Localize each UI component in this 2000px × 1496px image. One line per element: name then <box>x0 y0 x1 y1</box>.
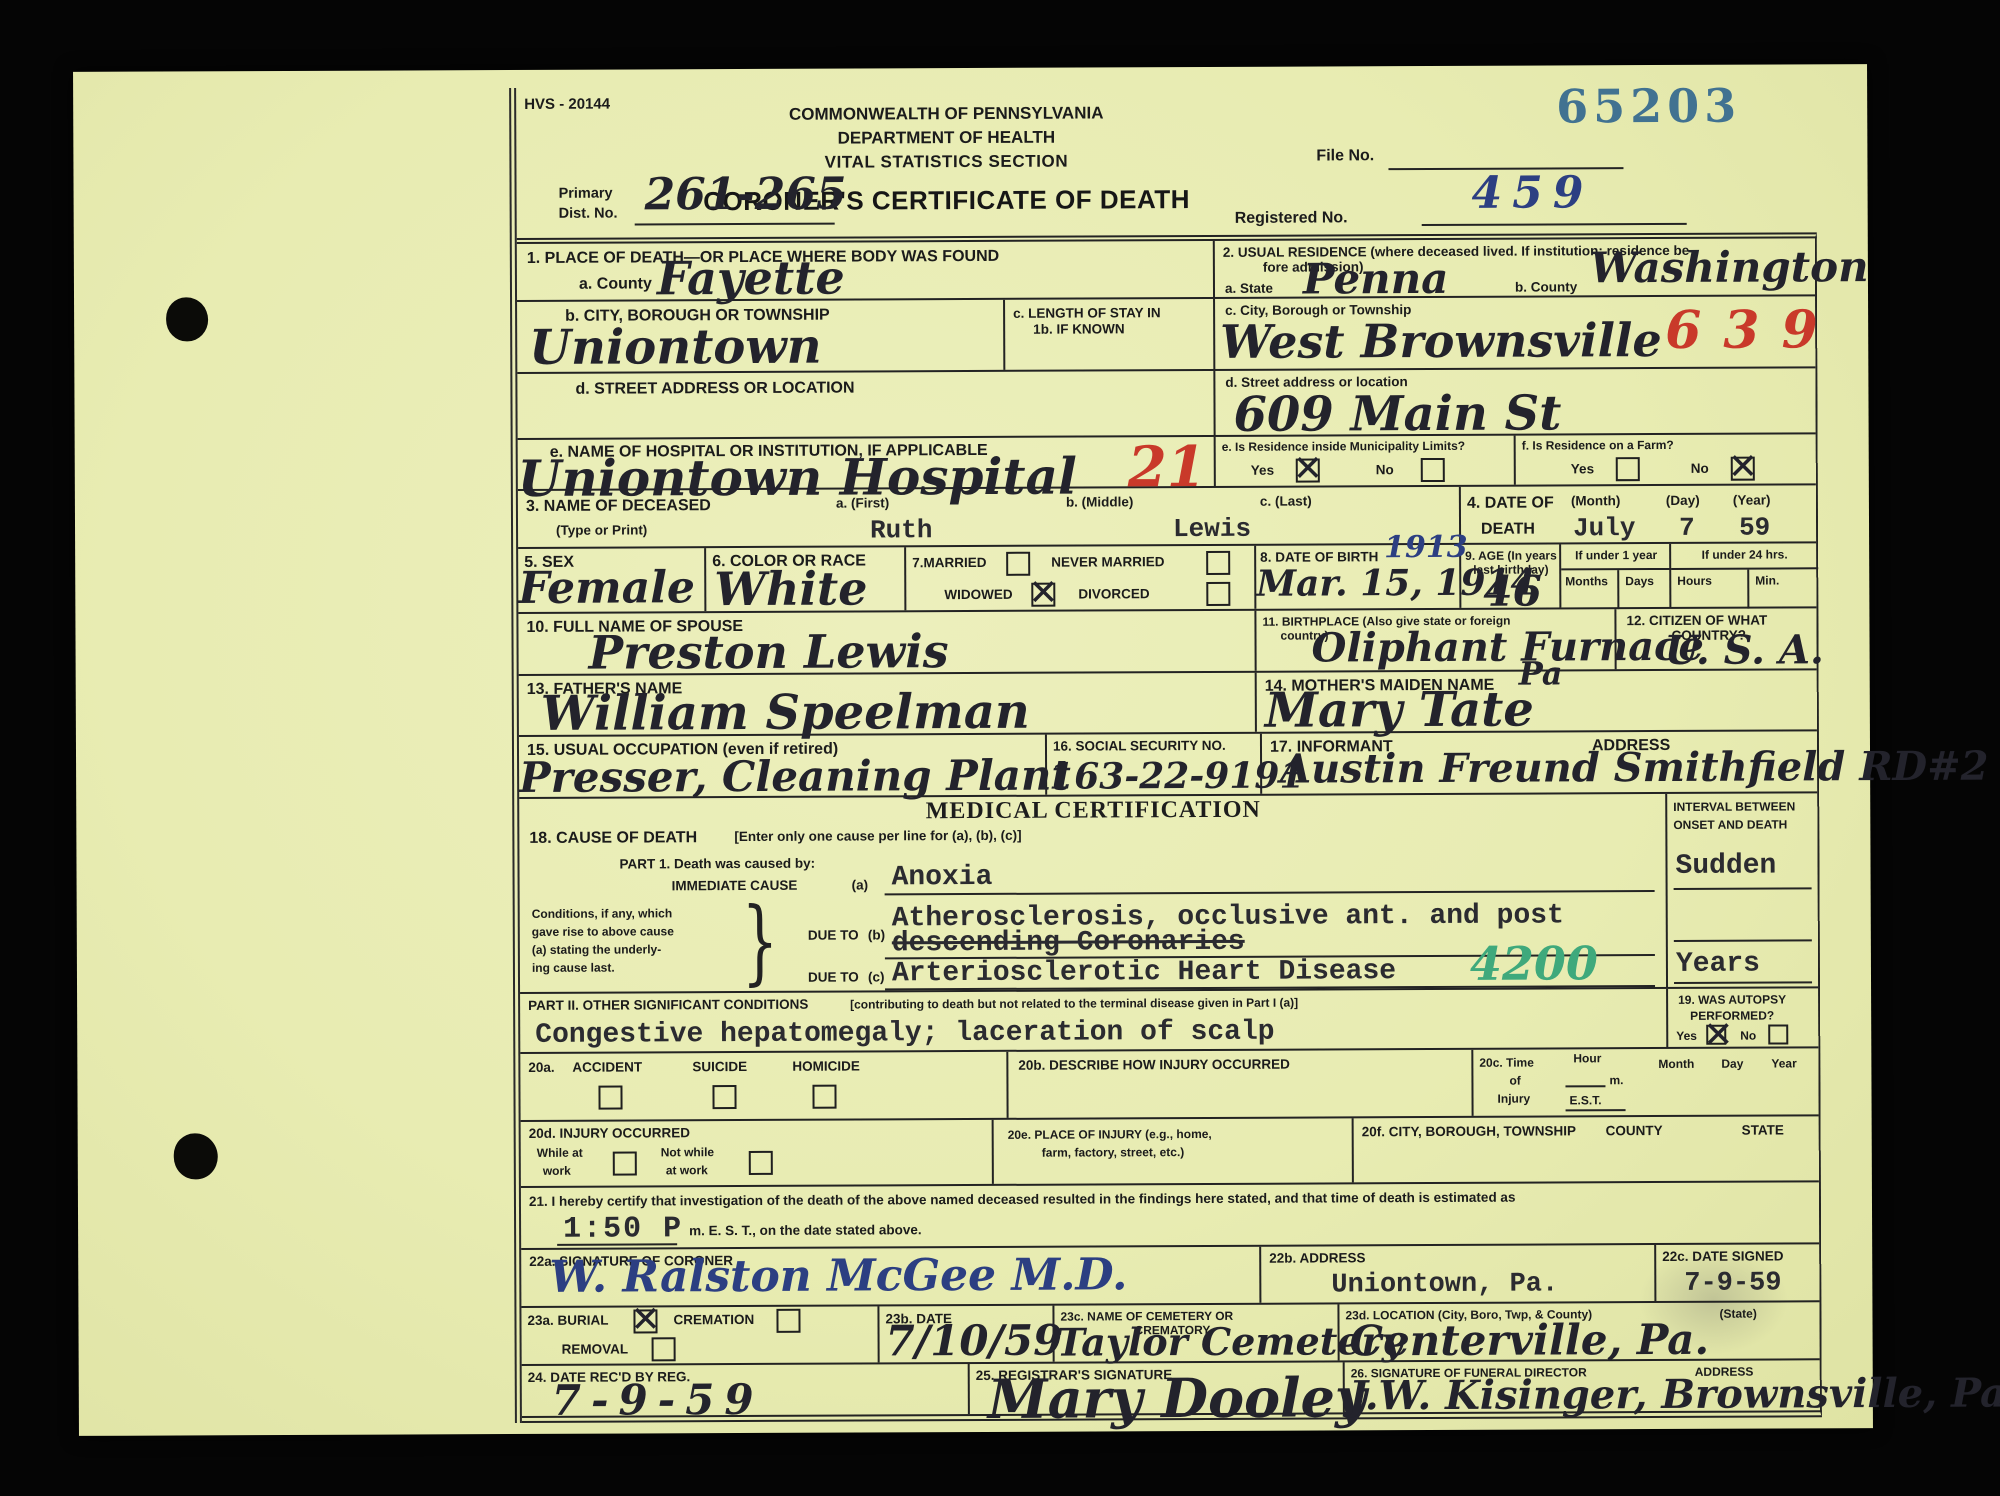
cell-usual-residence: 2. USUAL RESIDENCE (where deceased lived… <box>1215 238 1817 297</box>
cell-death-city: b. CITY, BOROUGH OR TOWNSHIP Uniontown <box>517 300 1005 372</box>
form-table: 1. PLACE OF DEATH—OR PLACE WHERE BODY WA… <box>517 232 1822 1423</box>
cell-time-of-injury: 20c. Time of Injury Hour m. E.S.T. Month… <box>1473 1048 1820 1116</box>
cell-under-1-year: If under 1 year Months Days <box>1561 544 1671 607</box>
date-received-value: 7-9-59 <box>552 1379 764 1422</box>
registered-no-label: Registered No. <box>1235 208 1348 228</box>
describe-injury-label: 20b. DESCRIBE HOW INJURY OCCURRED <box>1018 1057 1290 1074</box>
hours-label: Hours <box>1671 570 1749 609</box>
under-24-label: If under 24 hrs. <box>1671 547 1818 562</box>
cause-a-letter: (a) <box>852 877 869 893</box>
death-month-label: (Month) <box>1571 493 1621 509</box>
s20a-number: 20a. <box>528 1060 554 1076</box>
cell-injury-occurred: 20d. INJURY OCCURRED While at work Not w… <box>521 1120 994 1186</box>
row-street: d. STREET ADDRESS OR LOCATION d. Street … <box>517 368 1815 440</box>
interval-c-value: Years <box>1676 950 1760 981</box>
married-label: 7.MARRIED <box>912 555 986 572</box>
cause-b-value-line2: descending Coronaries <box>892 928 1245 960</box>
interval-b-line <box>1674 939 1812 942</box>
row-hospital: e. NAME OF HOSPITAL OR INSTITUTION, IF A… <box>518 434 1816 491</box>
while-at-label: While at <box>537 1146 583 1161</box>
county-value: Fayette <box>657 255 845 302</box>
cell-other-conditions: PART II. OTHER SIGNIFICANT CONDITIONS [c… <box>520 989 1668 1052</box>
burial-date-value: 7/10/59 <box>885 1320 1062 1363</box>
birth-date-correction: 1913 <box>1384 533 1468 563</box>
interval-c-line <box>1674 981 1812 984</box>
cell-describe-injury: 20b. DESCRIBE HOW INJURY OCCURRED <box>1008 1050 1473 1118</box>
occupation-value: Presser, Cleaning Plant <box>519 755 1071 799</box>
father-value: William Speelman <box>541 688 1030 738</box>
autopsy-yes-checkbox <box>1706 1025 1726 1045</box>
agency-line2: DEPARTMENT OF HEALTH <box>666 125 1226 151</box>
accident-label: ACCIDENT <box>572 1059 642 1075</box>
scan-background: HVS - 20144 COMMONWEALTH OF PENNSYLVANIA… <box>0 0 2000 1496</box>
conditions-brace: } <box>742 896 779 988</box>
row-parents: 13. FATHER'S NAME William Speelman 14. M… <box>519 670 1817 737</box>
cause-of-death-label: 18. CAUSE OF DEATH <box>529 828 697 848</box>
residence-county-value: Washington <box>1590 246 1869 289</box>
row-occupation: 15. USUAL OCCUPATION (even if retired) P… <box>519 731 1817 799</box>
cell-cause-of-death: MEDICAL CERTIFICATION 18. CAUSE OF DEATH… <box>519 794 1668 992</box>
conditions-note-4: ing cause last. <box>532 961 615 976</box>
month-label: Month <box>1658 1057 1694 1072</box>
due-to-c-label: DUE TO <box>808 970 859 986</box>
cell-under-24-hrs: If under 24 hrs. Hours Min. <box>1671 543 1818 607</box>
certificate-stamp-number: 65203 <box>1556 83 1741 130</box>
farm-no-label: No <box>1691 461 1709 477</box>
immediate-cause-label: IMMEDIATE CAUSE <box>672 878 798 895</box>
cell-residence-street: d. Street address or location 609 Main S… <box>1215 368 1817 435</box>
cremation-checkbox <box>776 1309 800 1333</box>
date-signed-value: 7-9-59 <box>1684 1269 1781 1299</box>
cell-coroner-signature: 22a. SIGNATURE OF CORONER W. Ralston McG… <box>521 1247 1261 1306</box>
cell-farm: f. Is Residence on a Farm? Yes No <box>1516 434 1818 484</box>
cell-father: 13. FATHER'S NAME William Speelman <box>519 673 1257 735</box>
race-value: White <box>714 565 867 612</box>
interval-label1: INTERVAL BETWEEN <box>1673 799 1795 814</box>
row-part2: PART II. OTHER SIGNIFICANT CONDITIONS [c… <box>520 988 1818 1054</box>
length-of-stay-label1: c. LENGTH OF STAY IN <box>1013 305 1161 322</box>
injury-city-label: 20f. CITY, BOROUGH, TOWNSHIP <box>1362 1123 1576 1140</box>
due-to-b-label: DUE TO <box>808 928 859 944</box>
registrar-signature-value: Mary Dooley <box>988 1370 1367 1426</box>
conditions-note-2: gave rise to above cause <box>532 924 674 939</box>
cell-sex: 5. SEX Female <box>518 548 706 612</box>
form-number: HVS - 20144 <box>524 96 610 114</box>
interval-a-value: Sudden <box>1675 851 1776 882</box>
row-sex-race-dob: 5. SEX Female 6. COLOR OR RACE White 7.M… <box>518 543 1816 614</box>
coroner-address-label: 22b. ADDRESS <box>1269 1250 1365 1267</box>
farm-yes-checkbox <box>1616 457 1640 481</box>
cell-ssn: 16. SOCIAL SECURITY NO. 163-22-9191 <box>1047 734 1262 795</box>
married-checkbox <box>1006 552 1030 576</box>
cell-place-of-death: 1. PLACE OF DEATH—OR PLACE WHERE BODY WA… <box>517 241 1215 300</box>
farm-yes-label: Yes <box>1571 461 1594 477</box>
divorced-label: DIVORCED <box>1078 586 1149 602</box>
row-registrar: 24. DATE REC'D BY REG. 7-9-59 25. REGIST… <box>522 1360 1820 1416</box>
cell-registrar-signature: 25. REGISTRAR'S SIGNATURE Mary Dooley <box>970 1362 1345 1414</box>
death-city-value: Uniontown <box>529 323 822 372</box>
cell-occupation: 15. USUAL OCCUPATION (even if retired) P… <box>519 735 1047 797</box>
not-while-at-work-checkbox <box>749 1151 773 1175</box>
cause-of-death-note: [Enter only one cause per line for (a), … <box>734 828 1021 845</box>
est-label: E.S.T. <box>1570 1093 1602 1108</box>
autopsy-yes-label: Yes <box>1676 1029 1697 1043</box>
row-spouse-birthplace: 10. FULL NAME OF SPOUSE Preston Lewis 11… <box>518 608 1816 676</box>
days-label: Days <box>1619 570 1654 609</box>
part2-value: Congestive hepatomegaly; laceration of s… <box>535 1018 1274 1052</box>
conditions-note-3: (a) stating the underly- <box>532 942 661 957</box>
removal-checkbox <box>652 1337 676 1361</box>
cell-municipality-limits: e. Is Residence inside Municipality Limi… <box>1216 436 1516 486</box>
ssn-value: 163-22-9191 <box>1049 758 1304 795</box>
cell-spouse: 10. FULL NAME OF SPOUSE Preston Lewis <box>518 611 1256 674</box>
last-name-label: c. (Last) <box>1260 494 1312 510</box>
registered-no-line <box>1422 223 1687 226</box>
primary-dist-value: 261-265 <box>644 173 846 218</box>
cell-hospital: e. NAME OF HOSPITAL OR INSTITUTION, IF A… <box>518 437 1216 489</box>
year-label: Year <box>1771 1056 1796 1071</box>
residence-city-red-number: 639 <box>1665 304 1840 357</box>
hospital-value: Uniontown Hospital <box>518 452 1077 504</box>
primary-dist-line <box>635 223 835 226</box>
min-label: Min. <box>1749 569 1779 608</box>
suicide-label: SUICIDE <box>692 1059 747 1075</box>
time-of-death-value: 1:50 P <box>563 1213 683 1247</box>
type-or-print-label: (Type or Print) <box>556 522 647 539</box>
residence-street-value: 609 Main St <box>1233 389 1561 438</box>
mother-value: Mary Tate <box>1265 686 1534 735</box>
hospital-red-number: 21 <box>1128 439 1206 495</box>
cause-c-value: Arteriosclerotic Heart Disease <box>892 957 1396 990</box>
file-no-label: File No. <box>1316 146 1374 165</box>
accident-checkbox <box>598 1086 622 1110</box>
cause-a-value: Anoxia <box>891 863 992 894</box>
widowed-checkbox <box>1031 583 1055 607</box>
death-day-value: 7 <box>1679 514 1695 543</box>
death-year-label: (Year) <box>1733 493 1771 509</box>
cell-funeral-director: 26. SIGNATURE OF FUNERAL DIRECTOR ADDRES… <box>1345 1360 1822 1412</box>
certificate-paper: HVS - 20144 COMMONWEALTH OF PENNSYLVANIA… <box>73 64 1873 1436</box>
est-line <box>1566 1109 1626 1111</box>
place-of-injury-label2: farm, factory, street, etc.) <box>1042 1145 1185 1160</box>
coroner-address-value: Uniontown, Pa. <box>1331 1270 1558 1301</box>
cell-certify: 21. I hereby certify that investigation … <box>521 1182 1821 1248</box>
first-name-value: Ruth <box>870 516 933 545</box>
last-name-value: Lewis <box>1173 515 1251 544</box>
location-value: Centerville, Pa. <box>1349 1319 1709 1363</box>
punch-hole-bottom <box>174 1133 218 1179</box>
informant-value: Austin Freund Smithfield RD#2 <box>1280 747 1989 790</box>
hour-label: Hour <box>1573 1051 1601 1066</box>
cell-marital-status: 7.MARRIED NEVER MARRIED WIDOWED DIVORCED <box>906 546 1256 611</box>
m-label: m. <box>1609 1073 1623 1087</box>
certificate-form: HVS - 20144 COMMONWEALTH OF PENNSYLVANIA… <box>509 82 1822 1423</box>
ssn-label: 16. SOCIAL SECURITY NO. <box>1053 738 1226 755</box>
municipality-yes-checkbox <box>1296 458 1320 482</box>
cell-residence-city: c. City, Borough or Township West Browns… <box>1215 296 1817 369</box>
municipality-yes-label: Yes <box>1251 463 1274 479</box>
death-year-value: 59 <box>1739 514 1770 543</box>
homicide-checkbox <box>812 1085 836 1109</box>
cell-coroner-address: 22b. ADDRESS Uniontown, Pa. <box>1261 1245 1656 1303</box>
cell-informant: 17. INFORMANT ADDRESS Austin Freund Smit… <box>1262 731 1819 793</box>
cell-accident-suicide-homicide: 20a. ACCIDENT SUICIDE HOMICIDE <box>520 1052 1008 1120</box>
punch-hole-top <box>166 297 208 341</box>
agency-line1: COMMONWEALTH OF PENNSYLVANIA <box>666 101 1226 127</box>
county-label: a. County <box>579 274 652 294</box>
cell-autopsy: 19. WAS AUTOPSY PERFORMED? Yes No <box>1668 988 1820 1047</box>
under-1-year-label: If under 1 year <box>1561 548 1671 563</box>
conditions-note-1: Conditions, if any, which <box>532 906 673 921</box>
cell-date-of-death: 4. DATE OF DEATH (Month) (Day) (Year) Ju… <box>1461 485 1818 543</box>
cell-injury-city: 20f. CITY, BOROUGH, TOWNSHIP COUNTY STAT… <box>1354 1116 1821 1182</box>
primary-dist-label2: Dist. No. <box>559 206 618 224</box>
age-value: 46 <box>1483 571 1542 613</box>
death-street-label: d. STREET ADDRESS OR LOCATION <box>575 379 854 399</box>
funeral-director-value: J.W. Kisinger, Brownsville, Pa. <box>1349 1373 2000 1416</box>
registered-no-value: 459 <box>1471 171 1593 216</box>
residence-state-label: a. State <box>1225 281 1273 297</box>
citizen-value: U. S. A. <box>1664 630 1824 671</box>
cell-date-of-birth: 8. DATE OF BIRTH 1913 Mar. 15, 1914 <box>1256 545 1461 609</box>
birthplace-value: Oliphant Furnace <box>1311 627 1704 669</box>
farm-no-checkbox <box>1731 457 1755 481</box>
cremation-label: CREMATION <box>673 1312 754 1329</box>
municipality-no-checkbox <box>1421 458 1445 482</box>
cell-cemetery: 23c. NAME OF CEMETERY OR CREMATORY Taylo… <box>1054 1304 1339 1361</box>
while-at-work-checkbox <box>613 1151 637 1175</box>
part1-label: PART 1. Death was caused by: <box>619 856 815 873</box>
months-label: Months <box>1561 570 1619 609</box>
work-label: work <box>543 1164 571 1179</box>
residence-city-value: West Brownsville <box>1220 317 1662 365</box>
spouse-value: Preston Lewis <box>588 628 948 676</box>
cell-cemetery-location: 23d. LOCATION (City, Boro, Twp, & County… <box>1339 1302 1821 1360</box>
coroner-signature-value: W. Ralston McGee M.D. <box>549 1253 1127 1300</box>
cell-date-signed: 22c. DATE SIGNED 7-9-59 <box>1656 1244 1821 1301</box>
time-injury-label3: Injury <box>1497 1092 1530 1107</box>
cause-a-line <box>885 890 1655 895</box>
not-while-label: Not while <box>661 1145 714 1160</box>
burial-checkbox <box>633 1309 657 1333</box>
under-1-year-cols: Months Days <box>1561 568 1671 609</box>
residence-state-value: Penna <box>1303 258 1449 301</box>
location-state-label: (State) <box>1719 1307 1756 1322</box>
primary-dist-label1: Primary <box>559 186 613 204</box>
row-coroner: 22a. SIGNATURE OF CORONER W. Ralston McG… <box>521 1244 1819 1308</box>
injury-county-label: COUNTY <box>1606 1123 1663 1139</box>
never-married-checkbox <box>1206 551 1230 575</box>
cell-birthplace: 11. BIRTHPLACE (Also give state or forei… <box>1256 609 1616 671</box>
time-injury-label1: 20c. Time <box>1479 1056 1534 1071</box>
death-date-label1: 4. DATE OF <box>1467 493 1554 513</box>
row-city: b. CITY, BOROUGH OR TOWNSHIP Uniontown c… <box>517 296 1815 374</box>
agency-block: COMMONWEALTH OF PENNSYLVANIA DEPARTMENT … <box>666 101 1226 175</box>
part2-title: PART II. OTHER SIGNIFICANT CONDITIONS <box>528 997 808 1014</box>
cause-c-green-number: 4200 <box>1470 940 1598 987</box>
cell-length-of-stay: c. LENGTH OF STAY IN 1b. IF KNOWN <box>1005 299 1215 370</box>
cell-place-of-injury: 20e. PLACE OF INJURY (e.g., home, farm, … <box>994 1118 1354 1184</box>
cause-c-letter: (c) <box>868 969 885 985</box>
row-medical-certification: MEDICAL CERTIFICATION 18. CAUSE OF DEATH… <box>519 793 1818 994</box>
day-label: Day <box>1721 1057 1743 1071</box>
interval-a-line <box>1674 887 1812 890</box>
divorced-checkbox <box>1206 582 1230 606</box>
cell-race: 6. COLOR OR RACE White <box>706 547 906 611</box>
injury-state-label: STATE <box>1742 1122 1784 1138</box>
homicide-label: HOMICIDE <box>792 1058 860 1074</box>
cell-date-received: 24. DATE REC'D BY REG. 7-9-59 <box>522 1364 970 1416</box>
death-day-label: (Day) <box>1666 493 1700 509</box>
part2-note: [contributing to death but not related t… <box>850 996 1298 1012</box>
birthplace-state-value: Pa <box>1519 657 1563 689</box>
place-of-injury-label1: 20e. PLACE OF INJURY (e.g., home, <box>1008 1127 1212 1142</box>
form-header: HVS - 20144 COMMONWEALTH OF PENNSYLVANIA… <box>516 82 1817 238</box>
cell-death-street: d. STREET ADDRESS OR LOCATION <box>517 371 1215 438</box>
under-24-cols: Hours Min. <box>1671 567 1818 609</box>
at-work-label: at work <box>666 1163 708 1178</box>
cell-burial-date: 23b. DATE 7/10/59 <box>879 1306 1054 1363</box>
residence-county-label: b. County <box>1515 279 1577 295</box>
death-month-value: July <box>1573 514 1636 543</box>
certify-text: 21. I hereby certify that investigation … <box>529 1190 1516 1210</box>
date-signed-label: 22c. DATE SIGNED <box>1662 1248 1783 1265</box>
autopsy-no-label: No <box>1740 1029 1756 1043</box>
cell-interval: INTERVAL BETWEEN ONSET AND DEATH Sudden … <box>1667 793 1820 987</box>
sex-value: Female <box>518 566 695 611</box>
row-20def: 20d. INJURY OCCURRED While at work Not w… <box>521 1116 1819 1188</box>
injury-occurred-label: 20d. INJURY OCCURRED <box>529 1125 690 1142</box>
row-place-residence: 1. PLACE OF DEATH—OR PLACE WHERE BODY WA… <box>517 238 1815 302</box>
widowed-label: WIDOWED <box>944 587 1012 603</box>
removal-label: REMOVAL <box>562 1342 629 1358</box>
interval-label2: ONSET AND DEATH <box>1673 817 1787 832</box>
length-of-stay-label2: 1b. IF KNOWN <box>1033 321 1125 338</box>
suicide-checkbox <box>712 1085 736 1109</box>
never-married-label: NEVER MARRIED <box>1051 554 1164 571</box>
cell-burial: 23a. BURIAL CREMATION REMOVAL <box>521 1306 879 1364</box>
hour-line <box>1565 1085 1605 1087</box>
time-injury-label2: of <box>1509 1074 1520 1088</box>
row-certify: 21. I hereby certify that investigation … <box>521 1182 1819 1250</box>
row-burial: 23a. BURIAL CREMATION REMOVAL 23b. DATE … <box>521 1302 1819 1366</box>
municipality-no-label: No <box>1376 462 1394 478</box>
certify-text2: m. E. S. T., on the date stated above. <box>689 1222 922 1239</box>
row-20abc: 20a. ACCIDENT SUICIDE HOMICIDE 20b. DESC… <box>520 1048 1818 1122</box>
death-date-label2: DEATH <box>1481 520 1535 539</box>
cause-b-letter: (b) <box>868 927 885 943</box>
autopsy-no-checkbox <box>1768 1024 1788 1044</box>
burial-label: 23a. BURIAL <box>527 1313 608 1330</box>
autopsy-label1: 19. WAS AUTOPSY <box>1678 992 1786 1007</box>
